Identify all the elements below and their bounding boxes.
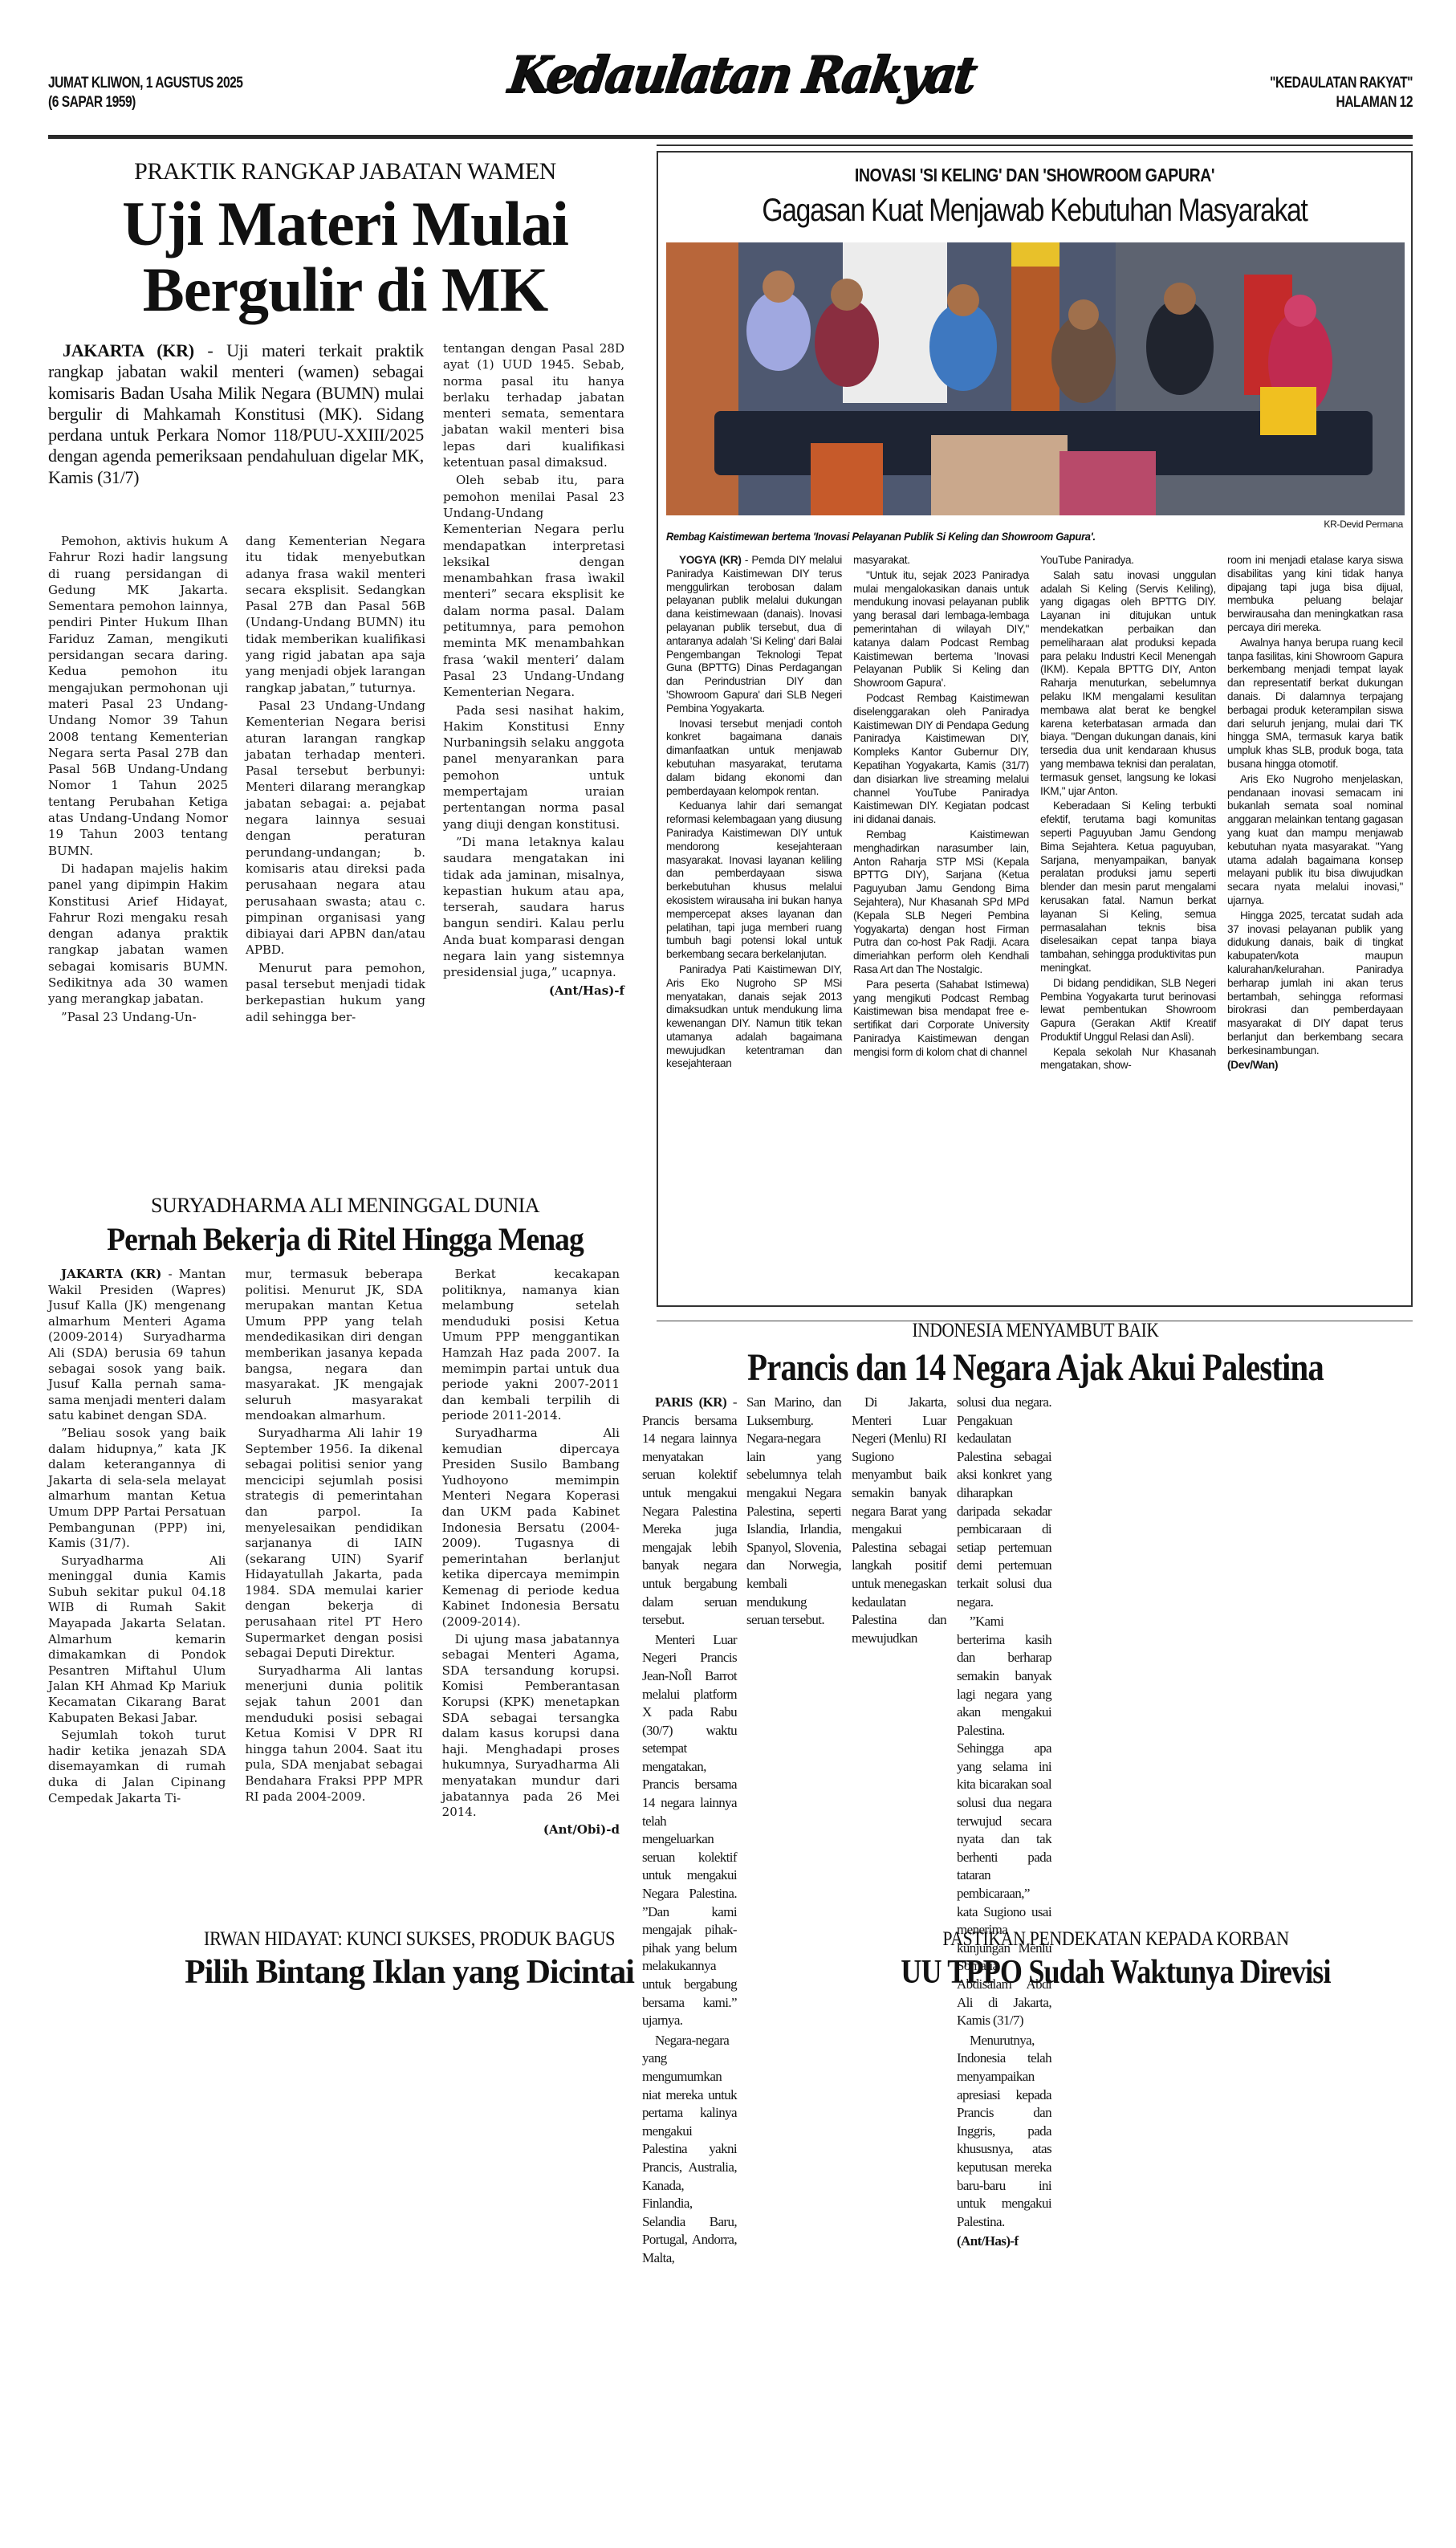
paragraph: Sejumlah tokoh turut hadir ketika jenaza… bbox=[48, 1728, 226, 1806]
article-headline: Pernah Bekerja di Ritel Hingga Menag bbox=[66, 1223, 624, 1256]
paragraph: Pemohon, aktivis hukum A Fahrur Rozi had… bbox=[48, 533, 228, 859]
headline-line-1: Uji Materi Mulai bbox=[48, 191, 642, 257]
issue-date: JUMAT KLIWON, 1 AGUSTUS 2025 (6 SAPAR 19… bbox=[48, 74, 242, 112]
top-rule bbox=[657, 144, 1413, 146]
page-info: "KEDAULATAN RAKYAT" HALAMAN 12 bbox=[1270, 74, 1413, 112]
article-headline: Uji Materi Mulai Bergulir di MK bbox=[48, 191, 642, 323]
article-column: YouTube Paniradya. Salah satu inovasi un… bbox=[1040, 554, 1216, 1074]
article-column: mur, termasuk beberapa politisi. Menurut… bbox=[245, 1267, 422, 1838]
paragraph: Inovasi tersebut menjadi contoh konkret … bbox=[666, 718, 842, 799]
paragraph: Keduanya lahir dari semangat reformasi k… bbox=[666, 800, 842, 962]
paragraph: Oleh sebab itu, para pemohon menilai Pas… bbox=[443, 472, 624, 700]
dateline: JAKARTA (KR) bbox=[63, 340, 194, 360]
gregorian-date: JUMAT KLIWON, 1 AGUSTUS 2025 bbox=[48, 74, 242, 93]
paragraph: Menurut para pemohon, pasal tersebut men… bbox=[246, 960, 425, 1025]
article-column: room ini menjadi etalase karya siswa dis… bbox=[1227, 554, 1403, 1074]
paragraph: masyarakat. bbox=[853, 554, 1029, 568]
page-number: HALAMAN 12 bbox=[1270, 93, 1413, 112]
paragraph: Suryadharma Ali lantas menerjuni dunia p… bbox=[245, 1663, 422, 1805]
paragraph: "Untuk itu, sejak 2023 Paniradya mulai m… bbox=[853, 569, 1029, 690]
paragraph: solusi dua negara. Pengakuan kedaulatan … bbox=[957, 1394, 1051, 1611]
article-kicker: IRWAN HIDAYAT: KUNCI SUKSES, PRODUK BAGU… bbox=[84, 1925, 734, 1954]
article-suryadharma: SURYADHARMA ALI MENINGGAL DUNIA Pernah B… bbox=[48, 1191, 642, 1898]
article-column: masyarakat. "Untuk itu, sejak 2023 Panir… bbox=[853, 554, 1029, 1074]
article-column: Pemohon, aktivis hukum A Fahrur Rozi had… bbox=[48, 533, 228, 1027]
paragraph: Salah satu inovasi unggulan adalah Si Ke… bbox=[1040, 569, 1216, 799]
photo-caption: Rembag Kaistimewan bertema 'Inovasi Pela… bbox=[666, 530, 1096, 543]
article-headline: Gagasan Kuat Menjawab Kebutuhan Masyarak… bbox=[718, 194, 1351, 226]
paragraph: Paniradya Pati Kaistimewan DIY, Aris Eko… bbox=[666, 963, 842, 1071]
paragraph: ”Beliau sosok yang baik dalam hidupnya,”… bbox=[48, 1426, 226, 1552]
paragraph: Suryadharma Ali lahir 19 September 1956.… bbox=[245, 1426, 422, 1662]
paragraph: Podcast Rembag Kaistimewan diselenggarak… bbox=[853, 692, 1029, 827]
publication-name: "KEDAULATAN RAKYAT" bbox=[1270, 74, 1413, 93]
paragraph: Berkat kecakapan politiknya, namanya kia… bbox=[442, 1267, 620, 1424]
article-kicker: INDONESIA MENYAMBUT BAIK bbox=[697, 1317, 1374, 1345]
article-uji-materi: PRAKTIK RANGKAP JABATAN WAMEN Uji Materi… bbox=[48, 157, 642, 1185]
paragraph: Di bidang pendidikan, SLB Negeri Pembina… bbox=[1040, 977, 1216, 1044]
article-kicker: PASTIKAN PENDEKATAN KEPADA KORBAN bbox=[840, 1925, 1391, 1954]
article-column: YOGYA (KR) - Pemda DIY melalui Paniradya… bbox=[666, 554, 842, 1074]
article-column: dang Kementerian Negara itu tidak menyeb… bbox=[246, 533, 425, 1027]
article-inovasi: INOVASI 'SI KELING' DAN 'SHOWROOM GAPURA… bbox=[657, 151, 1413, 1307]
article-column: JAKARTA (KR) - Mantan Wakil Presiden (Wa… bbox=[48, 1267, 226, 1838]
paragraph-text: - Prancis bersama 14 negara lainnya meny… bbox=[642, 1394, 737, 1627]
article-irwan: IRWAN HIDAYAT: KUNCI SUKSES, PRODUK BAGU… bbox=[48, 1925, 771, 2548]
paragraph: Di hadapan majelis hakim panel yang dipi… bbox=[48, 861, 228, 1007]
paragraph: Rembag Kaistimewan menghadirkan narasumb… bbox=[853, 828, 1029, 977]
paragraph: Di ujung masa jabatannya sebagai Menteri… bbox=[442, 1632, 620, 1821]
event-photo bbox=[666, 242, 1405, 515]
paragraph: Keberadaan Si Keling terbukti efektif, t… bbox=[1040, 800, 1216, 975]
article-column: Berkat kecakapan politiknya, namanya kia… bbox=[442, 1267, 620, 1838]
newspaper-logo: Kedaulatan Rakyat bbox=[505, 45, 940, 104]
article-column: San Marino, dan Luksemburg. Negara-negar… bbox=[746, 1394, 841, 1631]
paragraph: Awalnya hanya berupa ruang kecil tanpa f… bbox=[1227, 637, 1403, 771]
paragraph: Pasal 23 Undang-Undang Kementerian Negar… bbox=[246, 698, 425, 959]
paragraph-text: - Mantan Wakil Presiden (Wapres) Jusuf K… bbox=[48, 1267, 226, 1423]
masthead: JUMAT KLIWON, 1 AGUSTUS 2025 (6 SAPAR 19… bbox=[48, 0, 1413, 144]
dateline: YOGYA (KR) bbox=[679, 554, 742, 566]
article-headline: UU TPPO Sudah Waktunya Direvisi bbox=[847, 1956, 1385, 1989]
dateline: JAKARTA (KR) bbox=[61, 1267, 161, 1281]
article-palestina: INDONESIA MENYAMBUT BAIK Prancis dan 14 … bbox=[642, 1313, 1429, 1923]
article-signoff: (Dev/Wan) bbox=[1227, 1059, 1278, 1071]
paragraph: dang Kementerian Negara itu tidak menyeb… bbox=[246, 533, 425, 696]
article-tppo: PASTIKAN PENDEKATAN KEPADA KORBAN UU TPP… bbox=[803, 1925, 1429, 2548]
paragraph: San Marino, dan Luksemburg. Negara-negar… bbox=[746, 1394, 841, 1630]
article-signoff: (Ant/Obi)-d bbox=[442, 1822, 620, 1838]
lead-text: - Uji materi terkait praktik rangkap jab… bbox=[48, 340, 424, 487]
masthead-rule bbox=[48, 135, 1413, 139]
javanese-date: (6 SAPAR 1959) bbox=[48, 93, 242, 112]
paragraph: Suryadharma Ali meninggal dunia Kamis Su… bbox=[48, 1553, 226, 1727]
article-headline: Prancis dan 14 Negara Ajak Akui Palestin… bbox=[702, 1349, 1370, 1387]
article-column: tentangan dengan Pasal 28D ayat (1) UUD … bbox=[443, 340, 624, 999]
paragraph: mur, termasuk beberapa politisi. Menurut… bbox=[245, 1267, 422, 1424]
paragraph: YouTube Paniradya. bbox=[1040, 554, 1216, 568]
paragraph: room ini menjadi etalase karya siswa dis… bbox=[1227, 554, 1403, 635]
paragraph: Di Jakarta, Menteri Luar Negeri (Menlu) … bbox=[852, 1394, 946, 1647]
article-signoff: (Ant/Has)-f bbox=[443, 983, 624, 999]
article-kicker: PRAKTIK RANGKAP JABATAN WAMEN bbox=[48, 157, 642, 186]
photo-credit: KR-Devid Permana bbox=[1324, 519, 1403, 530]
paragraph-text: - Pemda DIY melalui Paniradya Kaistimewa… bbox=[666, 554, 842, 714]
article-lead: JAKARTA (KR) - Uji materi terkait prakti… bbox=[48, 340, 424, 488]
podcast-photo-illustration bbox=[666, 242, 1405, 515]
paragraph: Aris Eko Nugroho menjelaskan, pendanaan … bbox=[1227, 773, 1403, 908]
article-column: Di Jakarta, Menteri Luar Negeri (Menlu) … bbox=[852, 1394, 946, 1649]
article-headline: Pilih Bintang Iklan yang Dicintai bbox=[48, 1956, 771, 1989]
dateline: PARIS (KR) bbox=[655, 1394, 726, 1410]
paragraph: ”Di mana letaknya kalau saudara mengatak… bbox=[443, 834, 624, 981]
headline-line-2: Bergulir di MK bbox=[48, 257, 642, 323]
paragraph: Kepala sekolah Nur Khasanah mengatakan, … bbox=[1040, 1046, 1216, 1073]
paragraph: Pada sesi nasihat hakim, Hakim Konstitus… bbox=[443, 702, 624, 832]
article-kicker: INOVASI 'SI KELING' DAN 'SHOWROOM GAPURA… bbox=[714, 161, 1354, 189]
paragraph: Para peserta (Sahabat Istimewa) yang men… bbox=[853, 979, 1029, 1060]
paragraph: Hingga 2025, tercatat sudah ada 37 inova… bbox=[1227, 910, 1403, 1058]
paragraph: tentangan dengan Pasal 28D ayat (1) UUD … bbox=[443, 340, 624, 470]
article-kicker: SURYADHARMA ALI MENINGGAL DUNIA bbox=[48, 1191, 642, 1220]
paragraph: Suryadharma Ali kemudian dipercaya Presi… bbox=[442, 1426, 620, 1630]
paragraph: ”Pasal 23 Undang-Un- bbox=[48, 1009, 228, 1025]
